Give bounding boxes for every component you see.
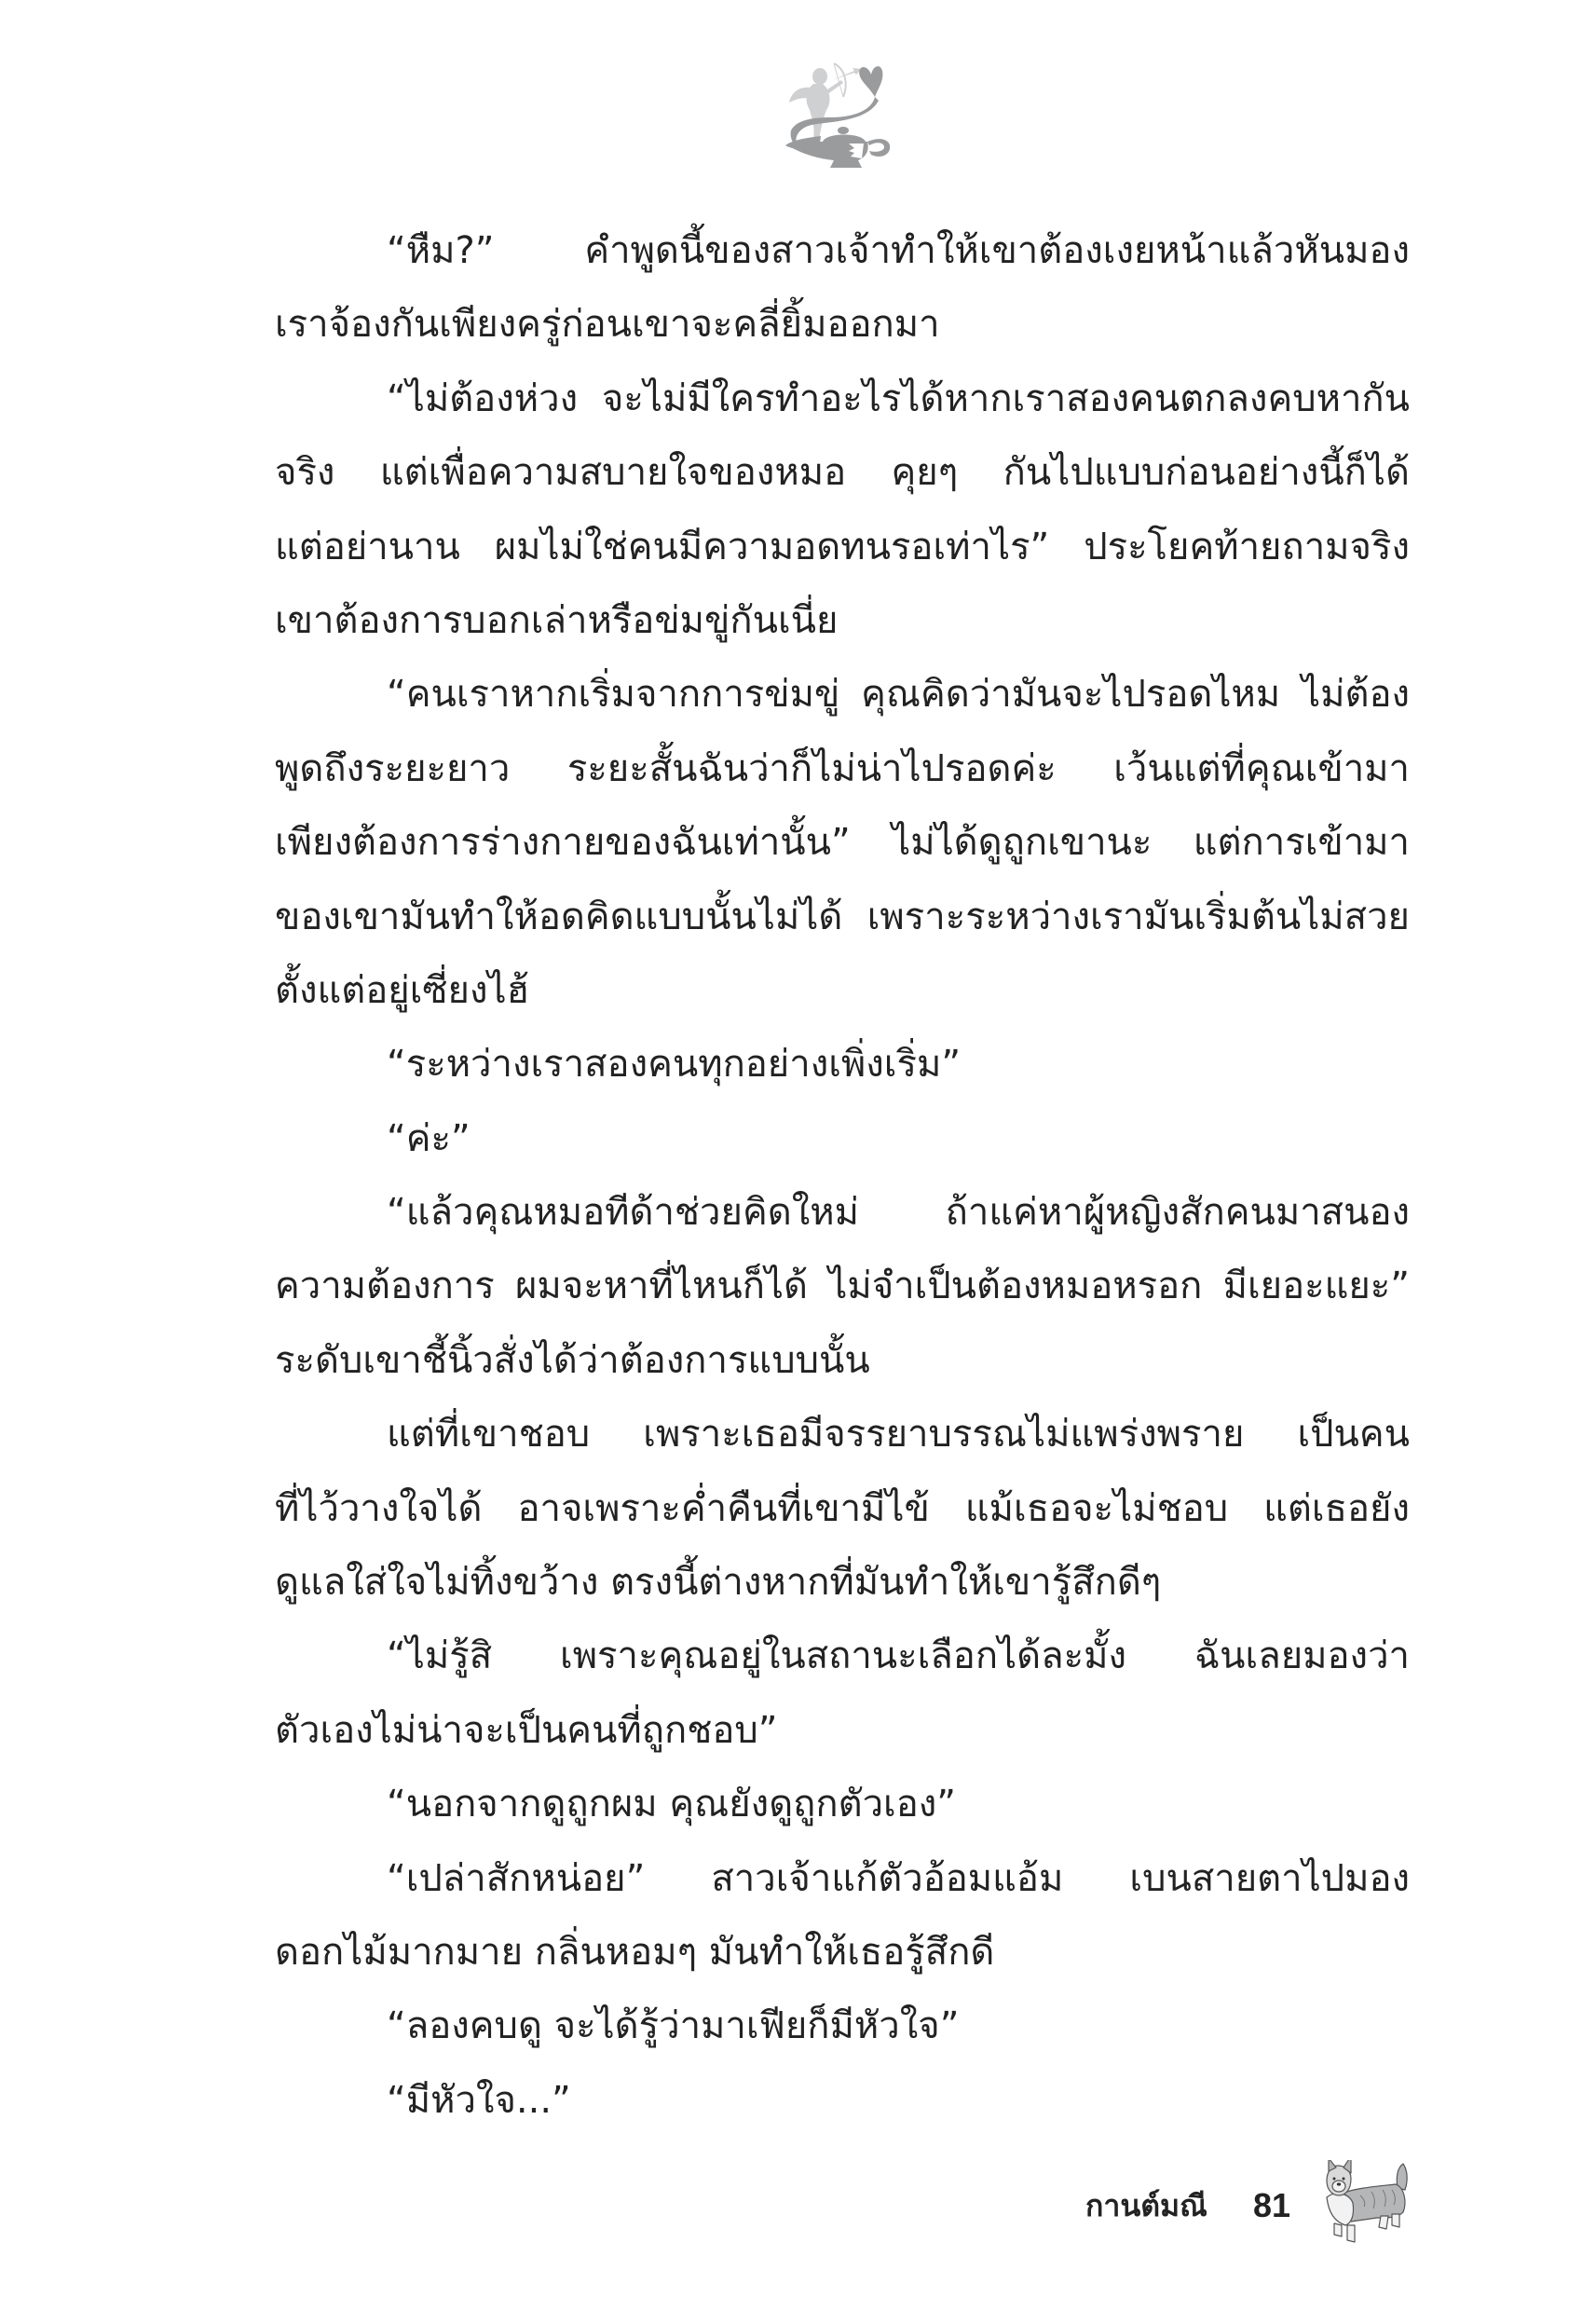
text-line: “ลองคบดู จะได้รู้ว่ามาเฟียก็มีหัวใจ” (275, 1990, 1410, 2063)
text-line: ตัวเองไม่น่าจะเป็นคนที่ถูกชอบ” (275, 1694, 1410, 1768)
text-line: แต่อย่านาน ผมไม่ใช่คนมีความอดทนรอเท่าไร”… (275, 511, 1410, 584)
text-line: “มีหัวใจ...” (275, 2064, 1410, 2138)
body-text: “หืม?” คำพูดนี้ของสาวเจ้าทำให้เขาต้องเงย… (275, 214, 1410, 2138)
corgi-dog-icon (1323, 2160, 1416, 2246)
book-title: กานต์มณี (1085, 2182, 1207, 2229)
text-line: เพียงต้องการร่างกายของฉันเท่านั้น” ไม่ได… (275, 806, 1410, 880)
text-line: เขาต้องการบอกเล่าหรือข่มขู่กันเนี่ย (275, 584, 1410, 658)
text-line: ตั้งแต่อยู่เซี่ยงไฮ้ (275, 954, 1410, 1028)
genie-lamp-cupid-icon (778, 56, 899, 172)
text-line: “คนเราหากเริ่มจากการข่มขู่ คุณคิดว่ามันจ… (275, 658, 1410, 732)
text-line: พูดถึงระยะยาว ระยะสั้นฉันว่าก็ไม่น่าไปรอ… (275, 732, 1410, 806)
text-line: ความต้องการ ผมจะหาที่ไหนก็ได้ ไม่จำเป็นต… (275, 1250, 1410, 1323)
book-page: “หืม?” คำพูดนี้ของสาวเจ้าทำให้เขาต้องเงย… (0, 0, 1596, 2311)
text-line: “หืม?” คำพูดนี้ของสาวเจ้าทำให้เขาต้องเงย… (275, 214, 1410, 288)
text-line: ของเขามันทำให้อดคิดแบบนั้นไม่ได้ เพราะระ… (275, 881, 1410, 954)
text-line: แต่ที่เขาชอบ เพราะเธอมีจรรยาบรรณไม่แพร่ง… (275, 1398, 1410, 1471)
text-line: “ไม่ต้องห่วง จะไม่มีใครทำอะไรได้หากเราสอ… (275, 362, 1410, 436)
text-line: “ค่ะ” (275, 1102, 1410, 1176)
text-line: “เปล่าสักหน่อย” สาวเจ้าแก้ตัวอ้อมแอ้ม เบ… (275, 1842, 1410, 1916)
text-line: ดูแลใส่ใจไม่ทิ้งขว้าง ตรงนี้ต่างหากที่มั… (275, 1546, 1410, 1620)
text-line: ดอกไม้มากมาย กลิ่นหอมๆ มันทำให้เธอรู้สึก… (275, 1916, 1410, 1990)
text-line: “ระหว่างเราสองคนทุกอย่างเพิ่งเริ่ม” (275, 1028, 1410, 1101)
text-line: เราจ้องกันเพียงครู่ก่อนเขาจะคลี่ยิ้มออกม… (275, 288, 1410, 362)
text-line: “ไม่รู้สิ เพราะคุณอยู่ในสถานะเลือกได้ละม… (275, 1620, 1410, 1693)
text-line: จริง แต่เพื่อความสบายใจของหมอ คุยๆ กันไป… (275, 436, 1410, 510)
text-line: “แล้วคุณหมอทีด้าช่วยคิดใหม่ ถ้าแค่หาผู้ห… (275, 1176, 1410, 1250)
text-line: ที่ไว้วางใจได้ อาจเพราะค่ำคืนที่เขามีไข้… (275, 1472, 1410, 1546)
page-number: 81 (1253, 2182, 1290, 2229)
text-line: ระดับเขาชี้นิ้วสั่งได้ว่าต้องการแบบนั้น (275, 1324, 1410, 1398)
text-line: “นอกจากดูถูกผม คุณยังดูถูกตัวเอง” (275, 1768, 1410, 1841)
